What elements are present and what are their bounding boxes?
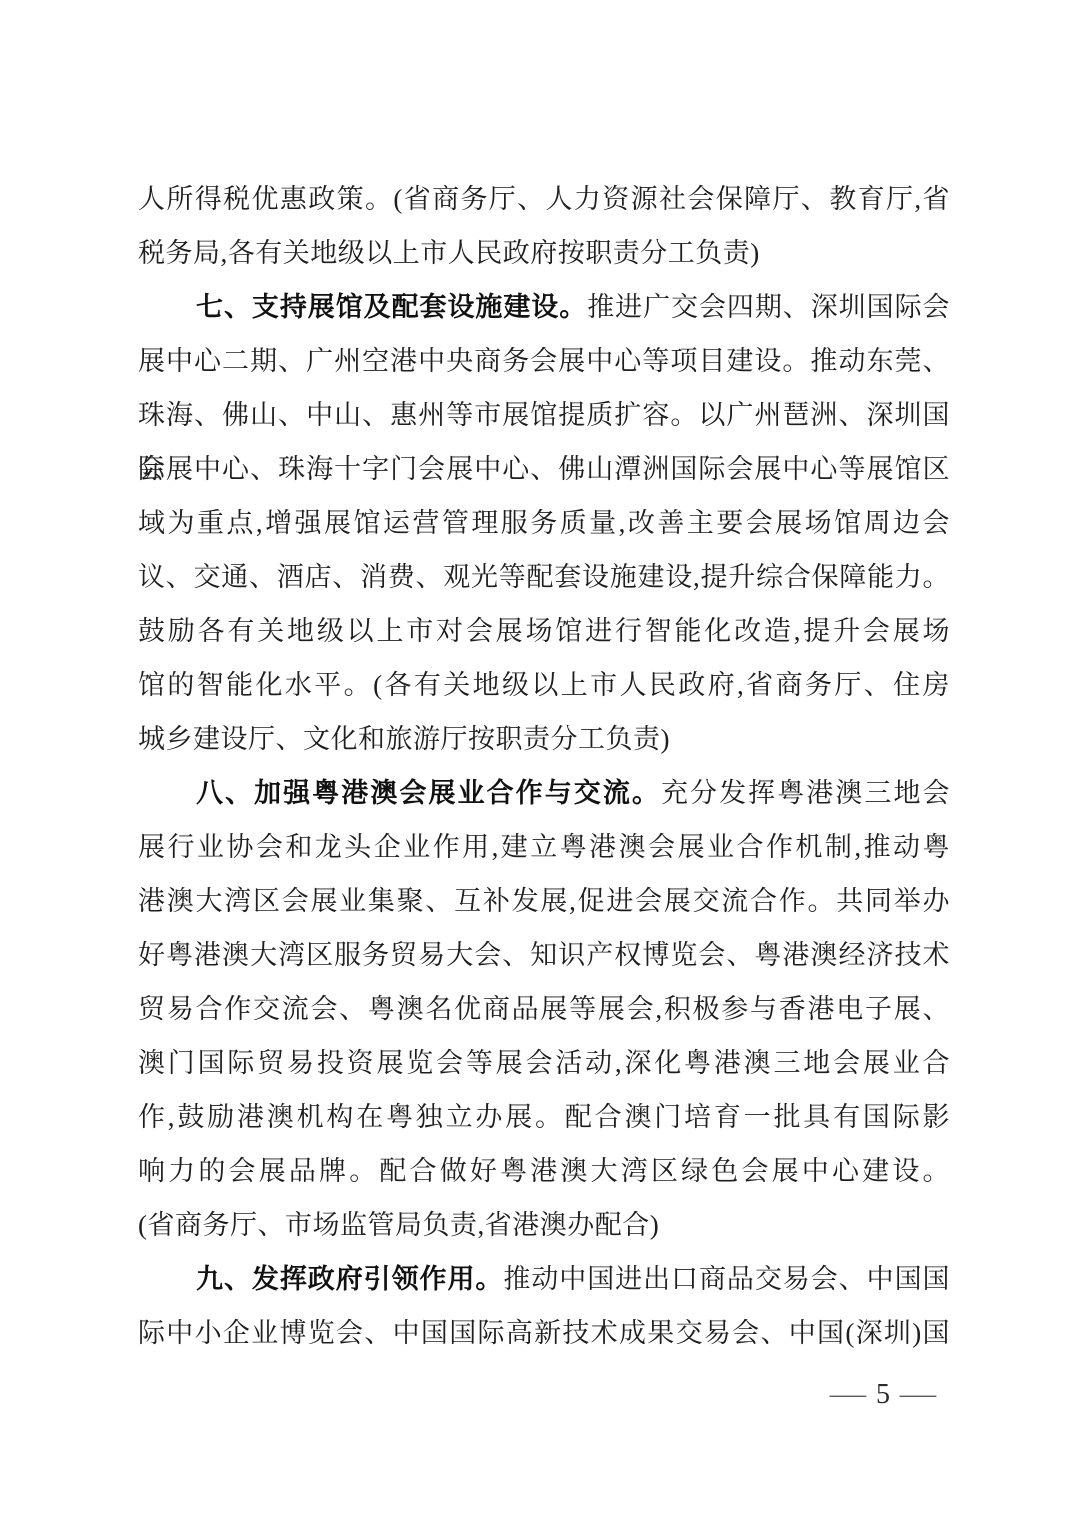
line-text: 税务局,各有关地级以上市人民政府按职责分工负责) [138, 238, 760, 268]
line-text: 展中心二期、广州空港中央商务会展中心等项目建设。推动东莞、 [138, 346, 950, 376]
line-text: 港澳大湾区会展业集聚、互补发展,促进会展交流合作。共同举办 [138, 886, 950, 916]
section-heading: 八、加强粤港澳会展业合作与交流。 [196, 778, 661, 808]
line-text: 澳门国际贸易投资展览会等展会活动,深化粤港澳三地会展业合 [138, 1048, 950, 1078]
line-text: 充分发挥粤港澳三地会 [661, 778, 950, 808]
line-text: 际中小企业博览会、中国国际高新技术成果交易会、中国(深圳)国 [138, 1318, 950, 1348]
footer-dash-right: — [900, 1378, 936, 1412]
section-heading: 七、支持展馆及配套设施建设。 [196, 292, 587, 322]
line-text: 会展中心、珠海十字门会展中心、佛山潭洲国际会展中心等展馆区 [138, 454, 950, 484]
line-text: 作,鼓励港澳机构在粤独立办展。配合澳门培育一批具有国际影 [138, 1102, 950, 1132]
line-text: 人所得税优惠政策。(省商务厅、人力资源社会保障厅、教育厅,省 [138, 184, 950, 214]
page-footer: — 5 — [834, 1378, 932, 1412]
text-line: 好粤港澳大湾区服务贸易大会、知识产权博览会、粤港澳经济技术 [138, 928, 950, 982]
text-line: 际中小企业博览会、中国国际高新技术成果交易会、中国(深圳)国 [138, 1306, 950, 1360]
text-line: 澳门国际贸易投资展览会等展会活动,深化粤港澳三地会展业合 [138, 1036, 950, 1090]
line-text: 贸易合作交流会、粤澳名优商品展等展会,积极参与香港电子展、 [138, 994, 950, 1024]
text-line: 馆的智能化水平。(各有关地级以上市人民政府,省商务厅、住房 [138, 658, 950, 712]
document-page: 人所得税优惠政策。(省商务厅、人力资源社会保障厅、教育厅,省税务局,各有关地级以… [0, 0, 1080, 1527]
footer-dash-left: — [830, 1378, 866, 1412]
line-text: 议、交通、酒店、消费、观光等配套设施建设,提升综合保障能力。 [138, 562, 950, 592]
text-line: 城乡建设厅、文化和旅游厅按职责分工负责) [138, 712, 950, 766]
page-number: 5 [876, 1378, 890, 1412]
document-body: 人所得税优惠政策。(省商务厅、人力资源社会保障厅、教育厅,省税务局,各有关地级以… [138, 172, 950, 1360]
text-line: 贸易合作交流会、粤澳名优商品展等展会,积极参与香港电子展、 [138, 982, 950, 1036]
text-line: 港澳大湾区会展业集聚、互补发展,促进会展交流合作。共同举办 [138, 874, 950, 928]
line-text: 推动中国进出口商品交易会、中国国 [503, 1264, 950, 1294]
text-line: 税务局,各有关地级以上市人民政府按职责分工负责) [138, 226, 950, 280]
text-line: (省商务厅、市场监管局负责,省港澳办配合) [138, 1198, 950, 1252]
text-line: 作,鼓励港澳机构在粤独立办展。配合澳门培育一批具有国际影 [138, 1090, 950, 1144]
line-text: (省商务厅、市场监管局负责,省港澳办配合) [138, 1210, 659, 1240]
text-line: 展中心二期、广州空港中央商务会展中心等项目建设。推动东莞、 [138, 334, 950, 388]
line-text: 鼓励各有关地级以上市对会展场馆进行智能化改造,提升会展场 [138, 616, 950, 646]
section-heading: 九、发挥政府引领作用。 [196, 1264, 503, 1294]
text-line: 议、交通、酒店、消费、观光等配套设施建设,提升综合保障能力。 [138, 550, 950, 604]
text-line: 响力的会展品牌。配合做好粤港澳大湾区绿色会展中心建设。 [138, 1144, 950, 1198]
text-line: 会展中心、珠海十字门会展中心、佛山潭洲国际会展中心等展馆区 [138, 442, 950, 496]
text-line: 九、发挥政府引领作用。推动中国进出口商品交易会、中国国 [138, 1252, 950, 1306]
line-text: 推进广交会四期、深圳国际会 [587, 292, 950, 322]
text-line: 鼓励各有关地级以上市对会展场馆进行智能化改造,提升会展场 [138, 604, 950, 658]
text-line: 人所得税优惠政策。(省商务厅、人力资源社会保障厅、教育厅,省 [138, 172, 950, 226]
line-text: 馆的智能化水平。(各有关地级以上市人民政府,省商务厅、住房 [138, 670, 950, 700]
text-line: 展行业协会和龙头企业作用,建立粤港澳会展业合作机制,推动粤 [138, 820, 950, 874]
line-text: 城乡建设厅、文化和旅游厅按职责分工负责) [138, 724, 670, 754]
line-text: 好粤港澳大湾区服务贸易大会、知识产权博览会、粤港澳经济技术 [138, 940, 950, 970]
line-text: 响力的会展品牌。配合做好粤港澳大湾区绿色会展中心建设。 [138, 1156, 950, 1186]
text-line: 八、加强粤港澳会展业合作与交流。充分发挥粤港澳三地会 [138, 766, 950, 820]
text-line: 七、支持展馆及配套设施建设。推进广交会四期、深圳国际会 [138, 280, 950, 334]
text-line: 珠海、佛山、中山、惠州等市展馆提质扩容。以广州琶洲、深圳国际 [138, 388, 950, 442]
line-text: 展行业协会和龙头企业作用,建立粤港澳会展业合作机制,推动粤 [138, 832, 950, 862]
text-line: 域为重点,增强展馆运营管理服务质量,改善主要会展场馆周边会 [138, 496, 950, 550]
line-text: 域为重点,增强展馆运营管理服务质量,改善主要会展场馆周边会 [138, 508, 950, 538]
